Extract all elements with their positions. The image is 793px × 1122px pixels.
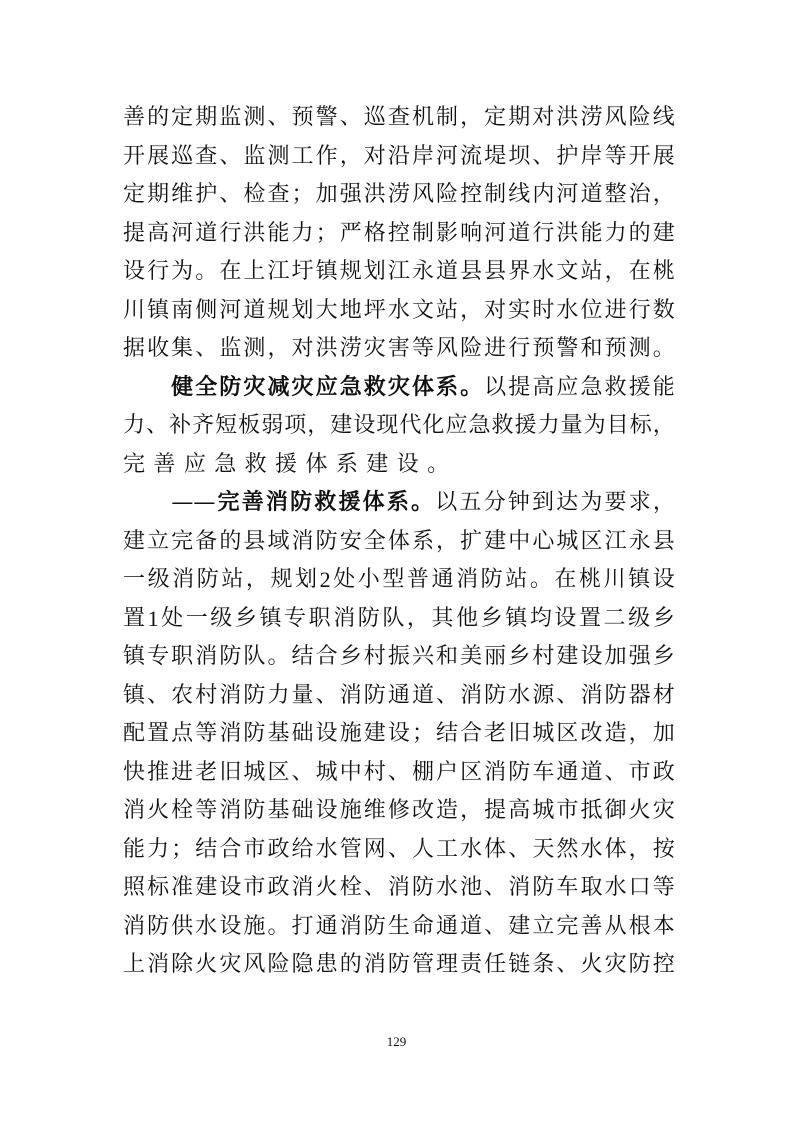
- text-line: 镇专职消防队。结合乡村振兴和美丽乡村建设加强乡: [123, 638, 675, 677]
- text-line: 建立完备的县域消防安全体系，扩建中心城区江永县: [123, 523, 675, 562]
- text-line: 上消除火灾风险隐患的消防管理责任链条、火灾防控: [123, 946, 675, 985]
- text-line: 照标准建设市政消火栓、消防水池、消防车取水口等: [123, 869, 675, 908]
- text-line: 力、补齐短板弱项，建设现代化应急救援力量为目标，: [123, 407, 675, 446]
- text-line: 消防供水设施。打通消防生命通道、建立完善从根本: [123, 908, 675, 947]
- text-line: 完善应急救援体系建设。: [123, 446, 675, 485]
- text-line: ——完善消防救援体系。以五分钟到达为要求，: [123, 484, 675, 523]
- text-line: 善的定期监测、预警、巡查机制，定期对洪涝风险线: [123, 99, 675, 138]
- text-line: 定期维护、检查；加强洪涝风险控制线内河道整治，: [123, 176, 675, 215]
- text-line: 配置点等消防基础设施建设；结合老旧城区改造，加: [123, 715, 675, 754]
- text-line: 消火栓等消防基础设施维修改造，提高城市抵御火灾: [123, 792, 675, 831]
- page-number: 129: [0, 1034, 793, 1050]
- text-line: 健全防灾减灾应急救灾体系。以提高应急救援能: [123, 369, 675, 408]
- document-page: 善的定期监测、预警、巡查机制，定期对洪涝风险线开展巡查、监测工作，对沿岸河流堤坝…: [0, 0, 793, 1122]
- text-line: 镇、农村消防力量、消防通道、消防水源、消防器材: [123, 677, 675, 716]
- text-line: 据收集、监测，对洪涝灾害等风险进行预警和预测。: [123, 330, 675, 369]
- text-line: 能力；结合市政给水管网、人工水体、天然水体，按: [123, 831, 675, 870]
- text-line: 设行为。在上江圩镇规划江永道县县界水文站，在桃: [123, 253, 675, 292]
- text-line: 置1处一级乡镇专职消防队，其他乡镇均设置二级乡: [123, 600, 675, 639]
- text-line: 开展巡查、监测工作，对沿岸河流堤坝、护岸等开展: [123, 138, 675, 177]
- text-line: 一级消防站，规划2处小型普通消防站。在桃川镇设: [123, 561, 675, 600]
- text-line: 提高河道行洪能力；严格控制影响河道行洪能力的建: [123, 215, 675, 254]
- text-line: 快推进老旧城区、城中村、棚户区消防车通道、市政: [123, 754, 675, 793]
- body-text: 善的定期监测、预警、巡查机制，定期对洪涝风险线开展巡查、监测工作，对沿岸河流堤坝…: [123, 99, 675, 985]
- text-line: 川镇南侧河道规划大地坪水文站，对实时水位进行数: [123, 292, 675, 331]
